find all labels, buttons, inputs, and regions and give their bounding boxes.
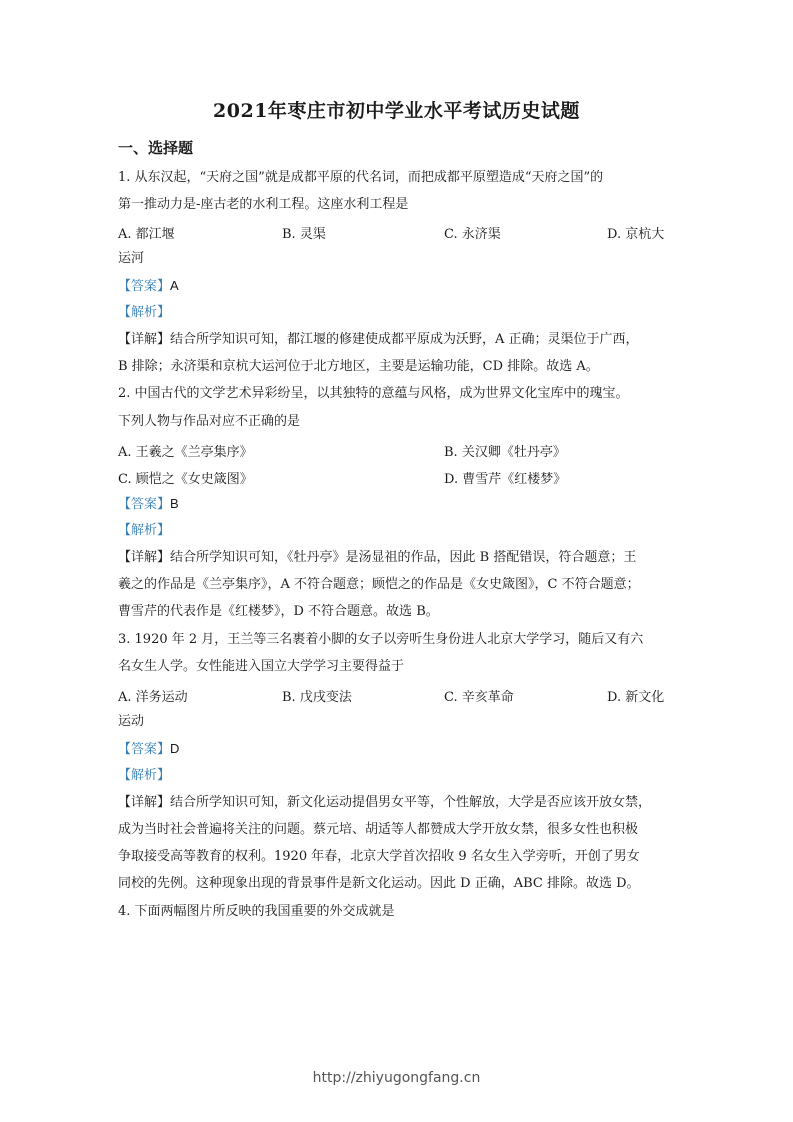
question-3-option-d: D. 新文化 [607,686,664,705]
answer-tag: 【答案】 [118,742,170,757]
question-2-analysis-tag: 【解析】 [118,522,678,540]
question-1-option-b: B. 灵渠 [282,223,326,242]
question-1-option-d-wrap: 运河 [118,250,678,268]
document-page: 2021年枣庄市初中学业水平考试历史试题 一、选择题 1. 从东汉起，“天府之国… [0,0,793,1122]
question-2-option-b: B. 关汉卿《牡丹亭》 [444,441,566,460]
question-1-option-a: A. 都江堰 [118,223,175,242]
question-3-analysis-tag: 【解析】 [118,767,678,785]
question-3-detail-line-3: 争取接受高等教育的权利。1920 年春，北京大学首次招收 9 名女生入学旁听，开… [118,848,678,866]
answer-value: B [170,496,179,511]
answer-tag: 【答案】 [118,497,170,512]
question-3-stem-line-2: 名女生人学。女性能进入国立大学学习主要得益于 [118,658,678,676]
answer-value: D [170,741,179,756]
question-3-detail-line-2: 成为当时社会普遍将关注的问题。蔡元培、胡适等人都赞成大学开放女禁，很多女性也积极 [118,821,678,839]
question-2-detail-line-3: 曹雪芹的代表作是《红楼梦》，D 不符合题意。故选 B。 [118,603,678,621]
question-2-option-c: C. 顾恺之《女史箴图》 [118,468,253,487]
question-3-detail-line-4: 同校的先例。这种现象出现的背景事件是新文化运动。因此 D 正确，ABC 排除。故… [118,875,678,893]
question-1-option-c: C. 永济渠 [444,223,501,242]
question-3-answer: 【答案】D [118,740,678,759]
question-2-stem-line-2: 下列人物与作品对应不正确的是 [118,413,678,431]
question-1-stem-line-2: 第一推动力是-座古老的水利工程。这座水利工程是 [118,196,678,214]
page-title: 2021年枣庄市初中学业水平考试历史试题 [0,96,793,123]
question-2-answer: 【答案】B [118,495,678,514]
question-2-option-a: A. 王羲之《兰亭集序》 [118,441,253,460]
question-2-stem-line-1: 2. 中国古代的文学艺术异彩纷呈，以其独特的意蕴与风格，成为世界文化宝库中的瑰宝… [118,385,678,403]
question-3-detail-line-1: 【详解】结合所学知识可知，新文化运动提倡男女平等，个性解放，大学是否应该开放女禁… [118,794,678,812]
answer-tag: 【答案】 [118,279,170,294]
section-heading: 一、选择题 [118,139,678,157]
question-2-detail-line-1: 【详解】结合所学知识可知，《牡丹亭》是汤显祖的作品，因此 B 搭配错误，符合题意… [118,549,678,567]
question-2-option-d: D. 曹雪芹《红楼梦》 [444,468,566,487]
footer-url: http://zhiyugongfang.cn [0,1070,793,1086]
question-1-option-d: D. 京杭大 [607,223,664,242]
question-1-detail-line-2: B 排除；永济渠和京杭大运河位于北方地区，主要是运输功能，CD 排除。故选 A。 [118,358,678,376]
question-3-option-d-wrap: 运动 [118,713,678,731]
question-3-option-b: B. 戊戌变法 [282,686,352,705]
question-3-stem-line-1: 3. 1920 年 2 月，王兰等三名裹着小脚的女子以旁听生身份进人北京大学学习… [118,631,678,649]
question-4-stem-line-1: 4. 下面两幅图片所反映的我国重要的外交成就是 [118,903,678,921]
question-1-detail-line-1: 【详解】结合所学知识可知，都江堰的修建使成都平原成为沃野，A 正确；灵渠位于广西… [118,331,678,349]
question-3-option-a: A. 洋务运动 [118,686,188,705]
question-1-analysis-tag: 【解析】 [118,304,678,322]
question-1-stem-line-1: 1. 从东汉起，“天府之国”就是成都平原的代名词，而把成都平原塑造成“天府之国”… [118,169,678,187]
question-1-answer: 【答案】A [118,277,678,296]
question-2-detail-line-2: 羲之的作品是《兰亭集序》，A 不符合题意；顾恺之的作品是《女史箴图》，C 不符合… [118,576,678,594]
question-3-option-c: C. 辛亥革命 [444,686,514,705]
answer-value: A [170,278,179,293]
